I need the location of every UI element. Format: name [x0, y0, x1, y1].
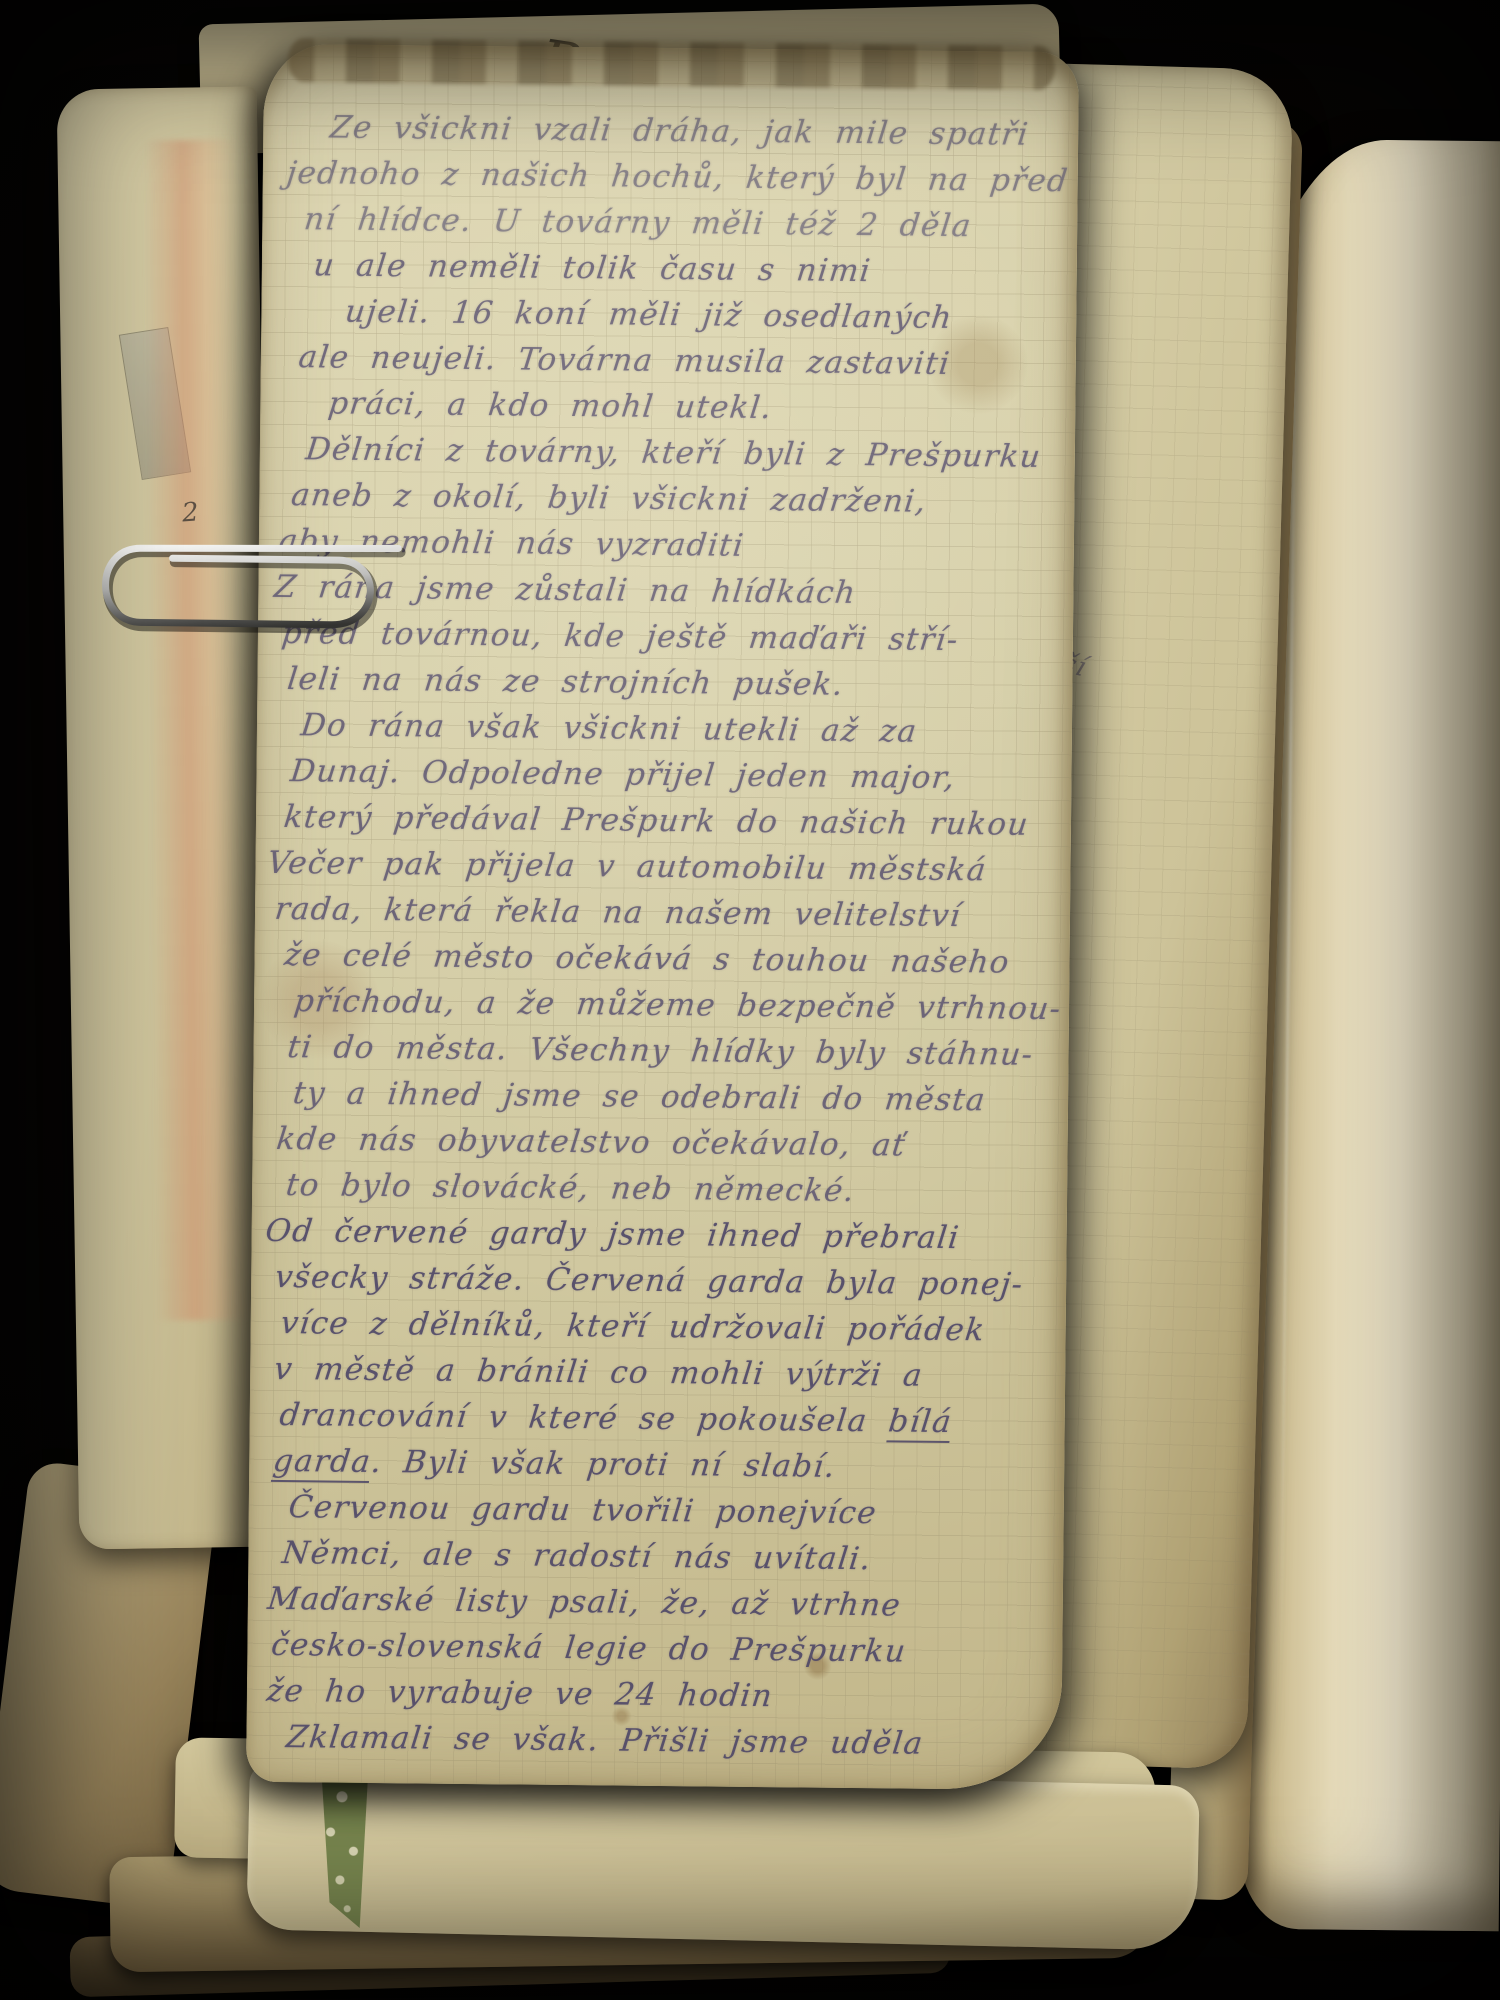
handwriting-text: leli na nás ze strojních pušek.: [285, 661, 846, 703]
handwriting-text: kde nás obyvatelstvo očekávalo, ať: [275, 1121, 908, 1164]
handwriting-line: to bylo slovácké, neb německé.: [284, 1162, 1064, 1216]
handwriting-line: že ho vyrabuje ve 24 hodin: [264, 1668, 1058, 1722]
stack-sheet-notched: [246, 1764, 1199, 1951]
handwriting-text: že ho vyrabuje ve 24 hodin: [265, 1673, 775, 1714]
handwriting-text: ale neujeli. Továrna musila zastaviti: [297, 339, 953, 382]
handwriting-line: Maďarské listy psali, že, až vtrhne: [265, 1576, 1059, 1630]
handwriting-line: kde nás obyvatelstvo očekávalo, ať: [274, 1116, 1064, 1170]
handwriting-text: Dunaj. Odpoledne přijel jeden major,: [288, 753, 957, 796]
handwriting-text: Němci, ale s radostí nás uvítali.: [280, 1535, 873, 1577]
handwriting-line: Večer pak přijela v automobilu městská: [265, 840, 1067, 894]
handwriting-text: rada, která řekla na našem velitelství: [273, 891, 963, 934]
handwriting-line: drancování v které se pokoušela bílá: [277, 1392, 1061, 1446]
handwriting-text: Maďarské listy psali, že, až vtrhne: [266, 1581, 903, 1624]
handwriting-line: práci, a kdo mohl utekl.: [326, 380, 1072, 434]
handwriting-line: Zklamali se však. Přišli jsme uděla: [284, 1714, 1058, 1768]
handwriting-line: Dunaj. Odpoledne přijel jeden major,: [288, 748, 1068, 802]
handwriting-text: Do rána však všickni utekli až za: [299, 707, 919, 749]
handwriting-text: u ale neměli tolik času s nimi: [312, 247, 873, 289]
handwriting-line: ale neujeli. Továrna musila zastaviti: [296, 334, 1072, 388]
handwriting-text: jednoho z našich hochů, který byl na pře…: [285, 155, 1071, 199]
underlying-sheets-left: [57, 87, 280, 1550]
handwriting-line: příchodu, a že můžeme bezpečně vtrhnou-: [291, 978, 1065, 1032]
handwriting-text: který předával Prešpurk do našich rukou: [282, 799, 1031, 843]
handwriting-line: leli na nás ze strojních pušek.: [285, 656, 1069, 710]
handwriting-text: příchodu, a že můžeme bezpečně vtrhnou-: [292, 983, 1063, 1027]
handwriting-line: aneb z okolí, byli všickni zadrženi,: [289, 472, 1071, 526]
paperclip: [75, 510, 412, 650]
handwriting-text: Zklamali se však. Přišli jsme uděla: [284, 1719, 925, 1762]
handwriting-text: všecky stráže. Červená garda byla ponej-: [273, 1259, 1025, 1303]
handwriting-line: garda. Byli však proti ní slabí.: [271, 1438, 1061, 1492]
handwriting-line: u ale neměli tolik času s nimi: [311, 242, 1073, 296]
handwriting-line: že celé město očekává s touhou našeho: [282, 932, 1066, 986]
handwriting-text: ty a ihned jsme se odebrali do města: [291, 1075, 988, 1118]
handwriting-line: Od červené gardy jsme ihned přebrali: [263, 1208, 1063, 1262]
handwriting-line: ní hlídce. U továrny měli též 2 děla: [302, 196, 1074, 250]
handwriting-text: že celé město očekává s touhou našeho: [283, 937, 1012, 981]
handwriting-text: drancování v které se pokoušela: [278, 1397, 891, 1439]
torn-top-edge: [288, 38, 1055, 90]
handwriting-line: rada, která řekla na našem velitelství: [272, 886, 1066, 940]
handwriting-block: Ze všickni vzali dráha, jak mile spatřij…: [258, 104, 1072, 1768]
handwriting-line: jednoho z našich hochů, který byl na pře…: [284, 150, 1074, 204]
handwriting-line: Ze všickni vzali dráha, jak mile spatři: [328, 105, 1075, 159]
handwriting-line: Němci, ale s radostí nás uvítali.: [280, 1530, 1060, 1584]
underlined-word: garda: [271, 1443, 373, 1483]
handwriting-text: Od červené gardy jsme ihned přebrali: [264, 1213, 962, 1256]
handwriting-text: Dělníci z továrny, kteří byli z Prešpurk…: [304, 431, 1043, 475]
photo-backdrop: rov ší P 2 Ze všickni vzali dráha, jak m…: [0, 0, 1500, 2000]
handwriting-line: Dělníci z továrny, kteří byli z Prešpurk…: [303, 426, 1071, 480]
handwriting-text: více z dělníků, kteří udržovali pořádek: [279, 1305, 988, 1348]
handwriting-line: ti do města. Všechny hlídky byly stáhnu-: [285, 1024, 1065, 1078]
underlined-word: bílá: [886, 1403, 954, 1443]
diary-page: Ze všickni vzali dráha, jak mile spatřij…: [246, 44, 1079, 1790]
handwriting-text: práci, a kdo mohl utekl.: [326, 385, 774, 426]
handwriting-text: Červenou gardu tvořili ponejvíce: [287, 1489, 879, 1531]
handwriting-text: to bylo slovácké, neb německé.: [284, 1167, 857, 1209]
handwriting-line: Červenou gardu tvořili ponejvíce: [286, 1484, 1060, 1538]
handwriting-line: všecky stráže. Červená garda byla ponej-: [273, 1254, 1063, 1308]
handwriting-text: Večer pak přijela v automobilu městská: [265, 845, 988, 888]
handwriting-text: Ze všickni vzali dráha, jak mile spatři: [328, 109, 1031, 152]
handwriting-text: . Byli však proti ní slabí.: [369, 1444, 838, 1485]
handwriting-text: ní hlídce. U továrny měli též 2 děla: [302, 201, 974, 244]
handwriting-text: ujeli. 16 koní měli již osedlaných: [343, 294, 954, 336]
handwriting-line: v městě a bránili co mohli výtrži a: [272, 1346, 1062, 1400]
handwriting-line: více z dělníků, kteří udržovali pořádek: [278, 1300, 1062, 1354]
handwriting-line: který předával Prešpurk do našich rukou: [281, 794, 1067, 848]
handwriting-text: ti do města. Všechny hlídky byly stáhnu-: [286, 1029, 1036, 1073]
handwriting-line: ujeli. 16 koní měli již osedlaných: [343, 289, 1073, 343]
handwriting-line: Do rána však všickni utekli až za: [298, 702, 1068, 756]
handwriting-line: ty a ihned jsme se odebrali do města: [290, 1070, 1064, 1124]
handwriting-text: v městě a bránili co mohli výtrži a: [272, 1351, 925, 1394]
handwriting-line: česko-slovenská legie do Prešpurku: [269, 1622, 1059, 1676]
handwriting-text: česko-slovenská legie do Prešpurku: [269, 1627, 908, 1670]
